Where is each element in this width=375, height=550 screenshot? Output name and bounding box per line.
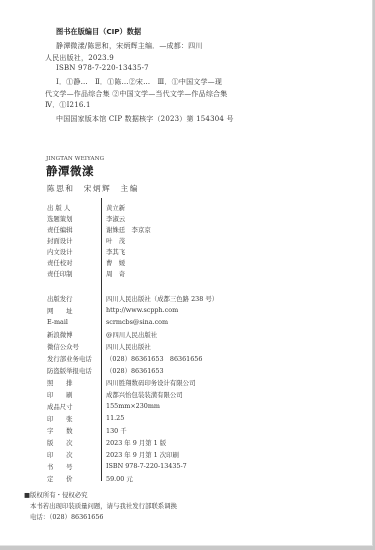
info-label: 印 刷	[47, 390, 97, 399]
cip-line: Ⅳ．①I216.1	[45, 100, 91, 110]
credit-label: 内文设计	[47, 247, 97, 256]
credit-label: 封面设计	[47, 236, 97, 245]
cip-line: 人民出版社，2023.9	[45, 53, 114, 63]
info-label: 成品尺寸	[47, 402, 97, 411]
credit-value: 谢姝廷 李京京	[106, 225, 151, 234]
service-phone: 电话：（028）86361656	[30, 512, 103, 521]
cip-line: ISBN 978-7-220-13435-7	[56, 64, 149, 72]
credit-value: 叶 茂	[106, 236, 125, 245]
info-label: 书 号	[47, 462, 97, 471]
info-label: 字 数	[47, 426, 97, 435]
isbn-value: ISBN 978-7-220-13435-7	[106, 462, 187, 470]
quality-notice: 本书若出现印装质量问题，请与我社发行部联系调换	[30, 501, 177, 510]
info-value: 2023 年 9 月第 1 版	[106, 438, 166, 447]
info-value: （028）86361653	[106, 366, 164, 375]
info-label: 新浪微博	[47, 330, 97, 339]
credit-value: 李其飞	[106, 247, 125, 256]
info-value: 130 千	[106, 426, 127, 435]
info-value: 四川人民出版社（成都三色路 238 号）	[106, 294, 218, 303]
copyright-notice: ■版权所有・侵权必究	[24, 490, 88, 499]
info-label: 定 价	[47, 474, 97, 483]
credit-value: 黄立新	[106, 203, 125, 212]
credit-label: 责任校对	[47, 258, 97, 267]
price-value: 59.00 元	[106, 474, 133, 483]
info-value: （028）86361653 86361656	[106, 354, 202, 363]
info-value: 155mm×230mm	[106, 402, 160, 410]
info-label: 照 排	[47, 378, 97, 387]
info-label: 版 次	[47, 438, 97, 447]
info-label: 印 次	[47, 450, 97, 459]
email-link[interactable]: scrmcbs@sina.com	[106, 318, 168, 326]
info-label: 发行部业务电话	[47, 354, 97, 363]
cip-line: Ⅰ．①静… Ⅱ．①陈…②宋… Ⅲ．①中国文学—现	[56, 77, 222, 87]
credit-value: 曹 媛	[106, 258, 125, 267]
credit-label: 出 版 人	[47, 203, 97, 212]
cip-line: 中国国家版本馆 CIP 数据核字（2023）第 154304 号	[56, 114, 234, 124]
title-pinyin: JINGTAN WEIYANG	[46, 156, 104, 162]
info-value: 2023 年 9 月第 1 次印刷	[106, 450, 179, 459]
credit-value: 周 奇	[106, 269, 125, 278]
info-label: E-mail	[47, 318, 97, 326]
info-label: 网 址	[47, 306, 97, 315]
info-label: 防盗版举报电话	[47, 366, 97, 375]
cip-line: 代文学—作品综合集 ②中国文学—当代文学—作品综合集	[45, 89, 227, 99]
editors: 陈思和 宋炳辉 主编	[47, 183, 139, 194]
info-value: 四川人民出版社	[106, 342, 151, 351]
info-value: 成都兴怡包装装潢有限公司	[106, 390, 183, 399]
credit-value: 李淑云	[106, 214, 125, 223]
info-value: 11.25	[106, 414, 124, 422]
info-value: 四川胜翔数码印务设计有限公司	[106, 378, 195, 387]
credit-label: 责任编辑	[47, 225, 97, 234]
website-link[interactable]: http://www.scpph.com	[106, 306, 178, 314]
cip-heading: 图书在版编目（CIP）数据	[56, 27, 141, 37]
vertical-divider	[101, 198, 102, 481]
info-label: 印 张	[47, 414, 97, 423]
credit-label: 责任印制	[47, 269, 97, 278]
info-label: 出版发行	[47, 294, 97, 303]
cip-line: 静潭微漾/陈思和，宋炳辉主编．—成都：四川	[56, 41, 203, 51]
copyright-page: 图书在版编目（CIP）数据 静潭微漾/陈思和，宋炳辉主编．—成都：四川 人民出版…	[0, 0, 373, 546]
info-value: @四川人民出版社	[106, 330, 157, 339]
info-label: 微信公众号	[47, 342, 97, 351]
book-title: 静潭微漾	[46, 163, 94, 179]
credit-label: 选题策划	[47, 214, 97, 223]
